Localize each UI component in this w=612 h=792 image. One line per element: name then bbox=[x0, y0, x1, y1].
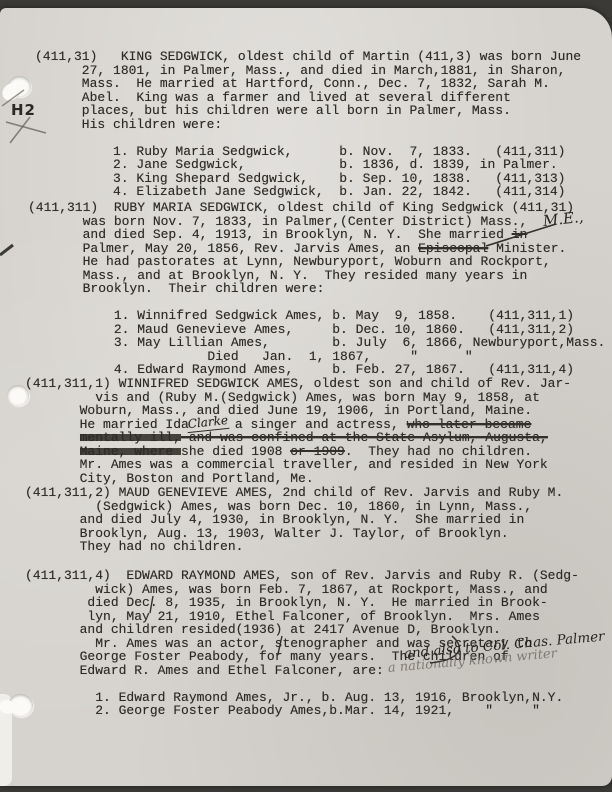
text-line: 4. Elizabeth Jane Sedgwick, b. Jan. 22, … bbox=[35, 185, 581, 199]
text-line: Mass., and at Brooklyn, N. Y. They resid… bbox=[28, 269, 605, 283]
text-line: 1. Edward Raymond Ames, Jr., b. Aug. 13,… bbox=[25, 691, 579, 705]
typed-text: 4. Elizabeth Jane Sedgwick, b. Jan. 22, … bbox=[35, 184, 566, 199]
text-line: (411,31) KING SEDGWICK, oldest child of … bbox=[35, 50, 581, 64]
typed-text: His children were: bbox=[35, 117, 222, 132]
genealogy-section-(411,311): (411,311) RUBY MARIA SEDGWICK, oldest ch… bbox=[28, 201, 605, 377]
text-line: (411,311,2) MAUD GENEVIEVE AMES, 2nd chi… bbox=[25, 486, 563, 500]
typed-text: 2. George Foster Peabody Ames,b.Mar. 14,… bbox=[25, 703, 540, 718]
text-line: Woburn, Mass., and died June 19, 1906, i… bbox=[25, 404, 571, 418]
text-line: 27, 1801, in Palmer, Mass., and died in … bbox=[35, 64, 581, 78]
text-line: and died Sep. 4, 1913, in Brooklyn, N. Y… bbox=[28, 228, 605, 242]
typed-text: City, Boston and Portland, Me. bbox=[25, 471, 314, 486]
text-line: His children were: bbox=[35, 118, 581, 132]
text-line: 2. George Foster Peabody Ames,b.Mar. 14,… bbox=[25, 704, 579, 718]
text-line: places, but his children were all born i… bbox=[35, 104, 581, 118]
text-line: and died July 4, 1930, in Brooklyn, N. Y… bbox=[25, 513, 563, 527]
text-line: Palmer, May 20, 1856, Rev. Jarvis Ames, … bbox=[28, 242, 605, 256]
genealogy-section-(411,31): (411,31) KING SEDGWICK, oldest child of … bbox=[35, 50, 581, 199]
text-line: Mass. He married at Hartford, Conn., Dec… bbox=[35, 77, 581, 91]
text-line: They had no children. bbox=[25, 540, 563, 554]
text-line: (Sedgwick) Ames, was born Dec. 10, 1860,… bbox=[25, 500, 563, 514]
text-line: Died Jan. 1, 1867, " " bbox=[28, 350, 605, 364]
typed-text: They had no children. bbox=[25, 539, 243, 554]
typed-text: 4. Edward Raymond Ames, b. Feb. 27, 1867… bbox=[28, 362, 574, 377]
genealogy-section-(411,311,1): (411,311,1) WINNIFRED SEDGWICK AMES, old… bbox=[25, 377, 571, 485]
text-line: Brooklyn, Aug. 13, 1903, Walter J. Taylo… bbox=[25, 527, 563, 541]
text-line: lyn, May 21, 1910, Ethel Falconer, of Br… bbox=[25, 610, 579, 624]
typed-text: Brooklyn. Their children were: bbox=[28, 281, 324, 296]
text-line: mentally ill, and was confined at the St… bbox=[25, 431, 571, 445]
text-line: Abel. King was a farmer and lived at sev… bbox=[35, 91, 581, 105]
text-line: 4. Edward Raymond Ames, b. Feb. 27, 1867… bbox=[28, 363, 605, 377]
text-line: Maine, where she died 1908 or 1909. They… bbox=[25, 445, 571, 459]
typed-text: Edward R. Ames and Ethel Falconer, are: bbox=[25, 663, 384, 678]
scanned-page: (411,31) KING SEDGWICK, oldest child of … bbox=[0, 0, 612, 792]
text-line: 2. Jane Sedgwick, b. 1836, d. 1839, in P… bbox=[35, 158, 581, 172]
text-line bbox=[25, 677, 579, 691]
handwritten-annotation: H2 bbox=[11, 101, 36, 119]
text-line: died Dec. 8, 1935, in Brooklyn, N. Y. He… bbox=[25, 596, 579, 610]
text-line: 3. May Lillian Ames, b. July 6, 1866, Ne… bbox=[28, 336, 605, 350]
text-line: Brooklyn. Their children were: bbox=[28, 282, 605, 296]
text-line: 3. King Shepard Sedgwick, b. Sep. 10, 18… bbox=[35, 172, 581, 186]
text-line: (411,311) RUBY MARIA SEDGWICK, oldest ch… bbox=[28, 201, 605, 215]
text-line: He had pastorates at Lynn, Newburyport, … bbox=[28, 255, 605, 269]
text-line: (411,311,1) WINNIFRED SEDGWICK AMES, old… bbox=[25, 377, 571, 391]
strikethrough-text: mentally ill, bbox=[80, 430, 181, 445]
text-line bbox=[28, 296, 605, 310]
text-line: City, Boston and Portland, Me. bbox=[25, 472, 571, 486]
text-line: was born Nov. 7, 1833, in Palmer,(Center… bbox=[28, 215, 605, 229]
text-line bbox=[35, 131, 581, 145]
text-line: He married IdaClarke a singer and actres… bbox=[25, 418, 571, 432]
text-line: vis and (Ruby M.(Sedgwick) Ames, was bor… bbox=[25, 391, 571, 405]
text-line: wick) Ames, was born Feb. 7, 1867, at Ro… bbox=[25, 583, 579, 597]
text-line: Mr. Ames was a commercial traveller, and… bbox=[25, 458, 571, 472]
typewritten-text: (411,31) KING SEDGWICK, oldest child of … bbox=[0, 0, 612, 792]
text-line: 1. Winnifred Sedgwick Ames, b. May 9, 18… bbox=[28, 309, 605, 323]
genealogy-section-(411,311,2): (411,311,2) MAUD GENEVIEVE AMES, 2nd chi… bbox=[25, 486, 563, 554]
text-line: (411,311,4) EDWARD RAYMOND AMES, son of … bbox=[25, 569, 579, 583]
text-line: 2. Maud Genevieve Ames, b. Dec. 10, 1860… bbox=[28, 323, 605, 337]
text-line: and children resided(1936) at 2417 Avenu… bbox=[25, 623, 579, 637]
text-line: 1. Ruby Maria Sedgwick, b. Nov. 7, 1833.… bbox=[35, 145, 581, 159]
